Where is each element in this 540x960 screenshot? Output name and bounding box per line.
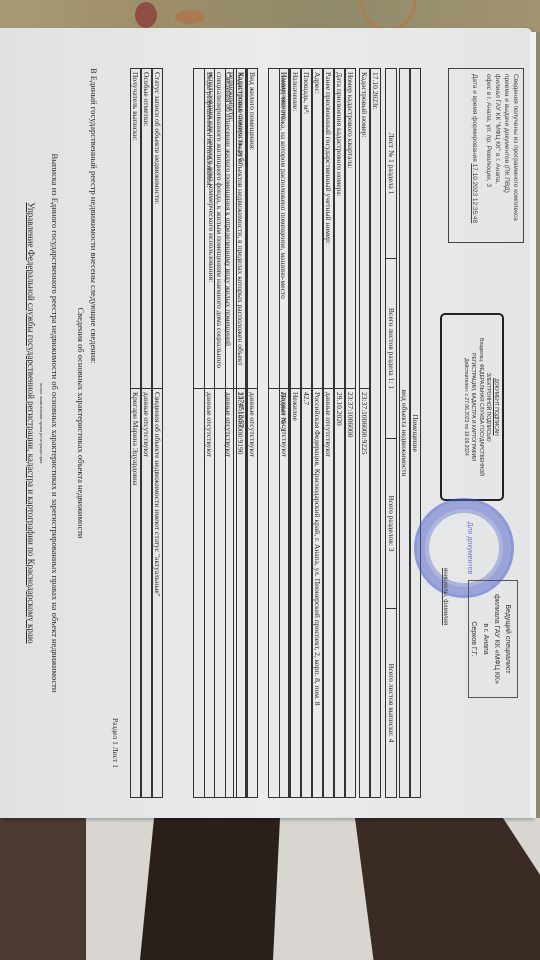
- background-trouser-leg: [140, 818, 280, 960]
- signature-caption: инициалы, фамилия: [442, 568, 448, 625]
- row-value: 23:37:1006000:9225: [360, 389, 369, 797]
- total-sheets-extract: Всего листов выписки: 4: [386, 609, 396, 797]
- row-label: Номер, тип этажа, на котором расположено…: [269, 69, 288, 389]
- mfc-line: офис в г. Анапа, ул. пр. Революции, 3: [484, 74, 493, 237]
- row-value: Нежилое: [291, 389, 300, 797]
- specialist-line: филиала ГАУ КК «МФЦ КК»: [491, 585, 502, 693]
- fabric-flower: [175, 10, 205, 24]
- sheet-label: Лист № 1 раздела 1: [386, 69, 396, 259]
- table-row: Номер кадастрового квартала:23:37:100600…: [345, 68, 356, 798]
- total-sheets-section: Всего листов раздела 1: 1: [386, 259, 396, 439]
- fabric-flower: [135, 2, 157, 28]
- row-value: данные отсутствуют: [324, 389, 333, 797]
- specialist-box: Ведущий специалист филиала ГАУ КК «МФЦ К…: [468, 580, 518, 698]
- datetime-value: 17.10.2023 12:35:48: [471, 164, 478, 224]
- mfc-notice: Сведения получены из программного компле…: [448, 68, 524, 243]
- table-row: Сведения об отнесении жилого помещения к…: [193, 68, 234, 798]
- esig-validity: Действителен: с 27.06.2023 по 19.09.2024: [462, 318, 470, 496]
- row-value: 42.7: [302, 389, 311, 797]
- row-value: данные отсутствуют: [248, 389, 257, 797]
- row-label: Кадастровый номер:: [360, 69, 369, 389]
- row-label: Получатель выписки:: [131, 69, 140, 389]
- specialist-name: Серков Г.Г.: [468, 585, 479, 693]
- row-label: Статус записи об объекте недвижимости:: [153, 69, 162, 389]
- mfc-line: приема и выдачи документов (ПК ПВД): [502, 74, 511, 237]
- table-row: Вид жилого помещения:данные отсутствуют: [247, 68, 258, 798]
- esig-owner: РЕГИСТРАЦИИ, КАДАСТРА И КАРТОГРАФИИ: [469, 318, 477, 496]
- row-label: Адрес:: [313, 69, 322, 389]
- specialist-line: Ведущий специалист: [502, 585, 513, 693]
- table-row: Статус записи об объекте недвижимости:Св…: [152, 68, 163, 798]
- row-value: Кригари Марина Эдуардовна: [131, 389, 140, 797]
- specialist-line: в г. Анапа: [479, 585, 490, 693]
- table-row: Ранее присвоенный государственный учетны…: [323, 68, 334, 798]
- background-cloth: [0, 818, 86, 960]
- object-type-caption-row: вид объекта недвижимости: [399, 68, 410, 798]
- total-sections: Всего разделов: 3: [386, 439, 396, 609]
- row-label: Назначение:: [291, 69, 300, 389]
- datetime-label: Дата и время формирования: [471, 74, 478, 162]
- row-value: Подвал № -1: [269, 389, 288, 797]
- table-row: Особые отметки:данные отсутствуют: [141, 68, 152, 798]
- table-row: Площадь, м²:42.7: [301, 68, 312, 798]
- object-type: Помещение: [411, 69, 420, 797]
- esig-title: ДОКУМЕНТ ПОДПИСАН: [492, 318, 500, 496]
- row-value: Сведения об объекте недвижимости имеют с…: [153, 389, 162, 797]
- agency-subcaption: полное наименование органа регистрации п…: [39, 28, 44, 818]
- object-type-caption: вид объекта недвижимости: [400, 69, 409, 797]
- row-label: Особые отметки:: [142, 69, 151, 389]
- extract-date: 17.10.2023г.: [371, 69, 380, 797]
- row-value: 23:37:1006000: [346, 389, 355, 797]
- mfc-line: филиал ГАУ КК "МФЦ КК" в г. Анапа,: [493, 74, 502, 237]
- sheet-info-row: Лист № 1 раздела 1Всего листов раздела 1…: [385, 68, 397, 798]
- row-label: Вид жилого помещения:: [248, 69, 257, 389]
- table-row: Получатель выписки:Кригари Марина Эдуард…: [130, 68, 141, 798]
- table-row: Адрес:Российская Федерация, Краснодарски…: [312, 68, 323, 798]
- section-sheet-label: Раздел 1 Лист 1: [111, 718, 120, 768]
- intro-text: В Единый государственный реестр недвижим…: [89, 68, 99, 858]
- esig-owner: Владелец: ФЕДЕРАЛЬНАЯ СЛУЖБА ГОСУДАРСТВЕ…: [477, 318, 485, 496]
- table-row: Дата присвоения кадастрового номера:29.1…: [334, 68, 345, 798]
- row-label: Дата присвоения кадастрового номера:: [335, 69, 344, 389]
- table-row: Кадастровый номер:23:37:1006000:9225: [359, 68, 370, 798]
- row-value: Российская Федерация, Краснодарский край…: [313, 389, 322, 797]
- object-type-row: Помещение: [410, 68, 421, 798]
- row-value: данные отсутствуют: [142, 389, 151, 797]
- fabric-pattern: [360, 0, 416, 31]
- row-label: Номер кадастрового квартала:: [346, 69, 355, 389]
- row-label: Сведения об отнесении жилого помещения к…: [194, 69, 233, 389]
- document-subtitle: Сведения об основных характеристиках объ…: [76, 28, 86, 818]
- background-trouser-leg: [355, 818, 540, 960]
- row-value: 29.10.2020: [335, 389, 344, 797]
- table-row: Номер, тип этажа, на котором расположено…: [268, 68, 289, 798]
- mfc-line: Сведения получены из программного компле…: [511, 74, 520, 237]
- agency-header: Управление Федеральной службы государств…: [26, 28, 36, 818]
- electronic-signature-box: ДОКУМЕНТ ПОДПИСАН ЭЛЕКТРОННОЙ ПОДПИСЬЮ В…: [440, 313, 504, 501]
- document-title: Выписка из Единого государственного реес…: [50, 28, 60, 818]
- date-row: 17.10.2023г.: [370, 68, 381, 798]
- table-row: Назначение:Нежилое: [290, 68, 301, 798]
- mfc-datetime: Дата и время формирования 17.10.2023 12:…: [470, 74, 479, 237]
- egrn-extract: Управление Федеральной службы государств…: [0, 28, 532, 818]
- esig-subtitle: ЭЛЕКТРОННОЙ ПОДПИСЬЮ: [484, 318, 492, 496]
- row-label: Ранее присвоенный государственный учетны…: [324, 69, 333, 389]
- row-label: Площадь, м²:: [302, 69, 311, 389]
- row-value: данные отсутствуют: [194, 389, 233, 797]
